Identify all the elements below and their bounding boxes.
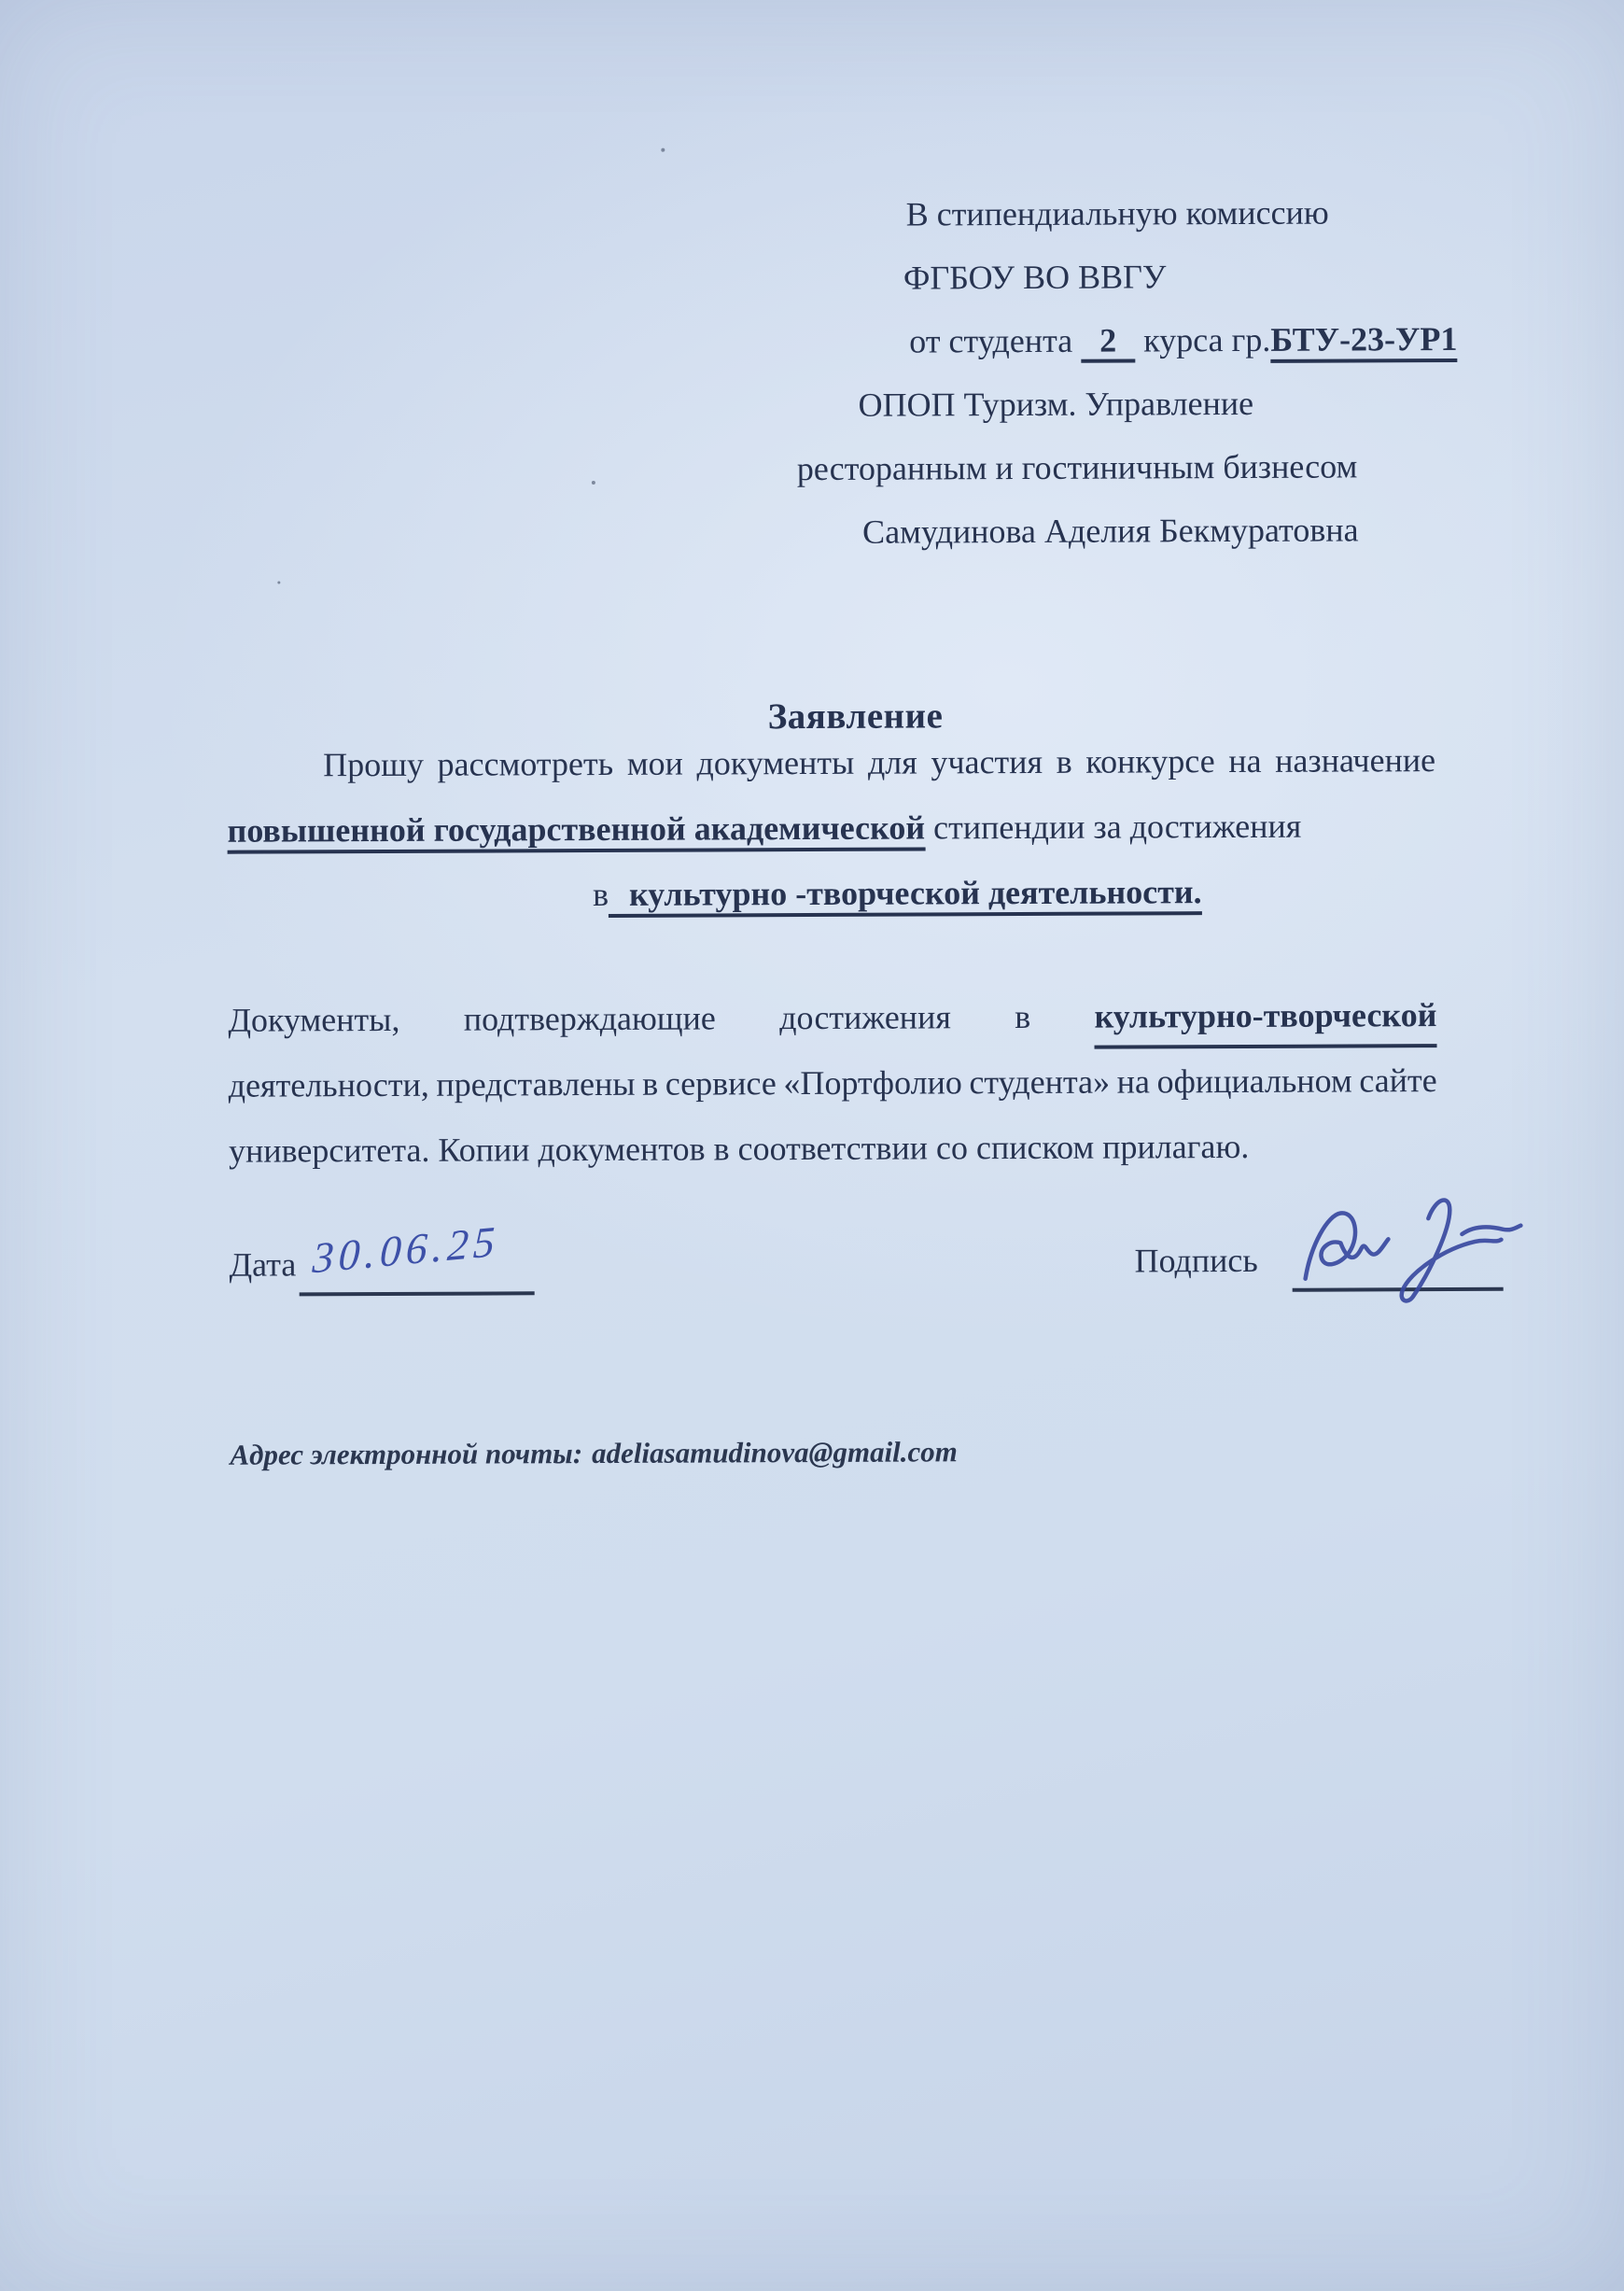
activity-field-emphasis: культурно -творческой деятельности. <box>609 873 1202 918</box>
word: в <box>642 1051 658 1117</box>
paper-sheet: В стипендиальную комиссию ФГБОУ ВО ВВГУ … <box>0 0 1624 2291</box>
word: в <box>1015 984 1030 1049</box>
date-label: Дата <box>229 1236 296 1292</box>
header-line-program-1: ОПОП Туризм. Управление <box>858 371 1543 437</box>
paragraph-request-line-1: Прошу рассмотреть мои документы для учас… <box>227 727 1435 798</box>
word: студента» <box>969 1049 1110 1116</box>
header-line-student: от студента 2 курса гр.БТУ-23-УР1 <box>909 307 1543 373</box>
word: на <box>1117 1048 1151 1114</box>
paragraph-documents-line-1: Документы, подтверждающие достижения в к… <box>228 982 1436 1053</box>
document-photo: В стипендиальную комиссию ФГБОУ ВО ВВГУ … <box>0 0 1624 2291</box>
student-prefix: от студента <box>909 322 1072 360</box>
signature-label: Подпись <box>1134 1232 1257 1289</box>
word: деятельности, <box>229 1052 429 1118</box>
paper-speck <box>661 148 665 152</box>
paper-speck <box>277 581 280 583</box>
date-fill-line: 30.06.25 <box>299 1235 534 1296</box>
paragraph-request: Прошу рассмотреть мои документы для учас… <box>227 727 1436 929</box>
group-prefix: курса гр. <box>1143 321 1270 359</box>
course-number: 2 <box>1081 321 1135 362</box>
paragraph-request-line-3: вкультурно -творческой деятельности. <box>358 858 1436 928</box>
handwritten-date: 30.06.25 <box>312 1216 501 1283</box>
word: подтверждающие <box>464 985 716 1051</box>
word: официальном <box>1156 1047 1351 1114</box>
activity-field-emphasis: культурно-творческой <box>1094 982 1436 1049</box>
word: достижения <box>779 984 951 1050</box>
signature-fill-line <box>1292 1231 1503 1292</box>
word: участия <box>931 729 1043 795</box>
stipend-type-emphasis: повышенной государственной академической <box>227 808 925 853</box>
paragraph-documents-line-2: деятельности, представлены в сервисе «По… <box>229 1047 1437 1118</box>
word: Прошу <box>323 732 424 797</box>
header-line-student-name: Самудинова Аделия Бекмуратовна <box>862 498 1544 564</box>
word: сервисе <box>665 1050 777 1117</box>
line-rest: стипендии за достижения <box>925 808 1301 847</box>
word: сайте <box>1359 1047 1437 1113</box>
word: конкурсе <box>1085 728 1215 794</box>
word: мои <box>627 731 683 796</box>
paragraph-documents-line-3: университета. Копии документов в соответ… <box>229 1113 1437 1184</box>
word: Документы, <box>228 987 399 1053</box>
header-line-commission: В стипендиальную комиссию <box>906 180 1543 246</box>
group-code: БТУ-23-УР1 <box>1270 320 1457 363</box>
signature-scribble-icon <box>1277 1185 1539 1316</box>
paragraph-documents: Документы, подтверждающие достижения в к… <box>228 982 1437 1184</box>
header-line-program-2: ресторанным и гостиничным бизнесом <box>797 434 1544 500</box>
email-label: Адрес электронной почты: <box>230 1437 582 1471</box>
word: документы <box>696 730 854 796</box>
word: «Портфолио <box>783 1049 962 1116</box>
addressee-header: В стипендиальную комиссию ФГБОУ ВО ВВГУ … <box>796 180 1545 564</box>
email-address: adeliasamudinova@gmail.com <box>592 1435 958 1469</box>
word: назначение <box>1275 727 1435 794</box>
paragraph-request-line-2: повышенной государственной академической… <box>227 793 1435 864</box>
email-footer: Адрес электронной почты:adeliasamudinova… <box>230 1431 958 1475</box>
paper-speck <box>592 481 595 485</box>
word: для <box>868 730 917 795</box>
word: на <box>1228 728 1262 794</box>
word: в <box>1057 729 1072 794</box>
header-line-university: ФГБОУ ВО ВВГУ <box>903 244 1543 310</box>
word: рассмотреть <box>437 731 613 797</box>
preposition: в <box>593 876 609 913</box>
word: представлены <box>436 1051 635 1117</box>
